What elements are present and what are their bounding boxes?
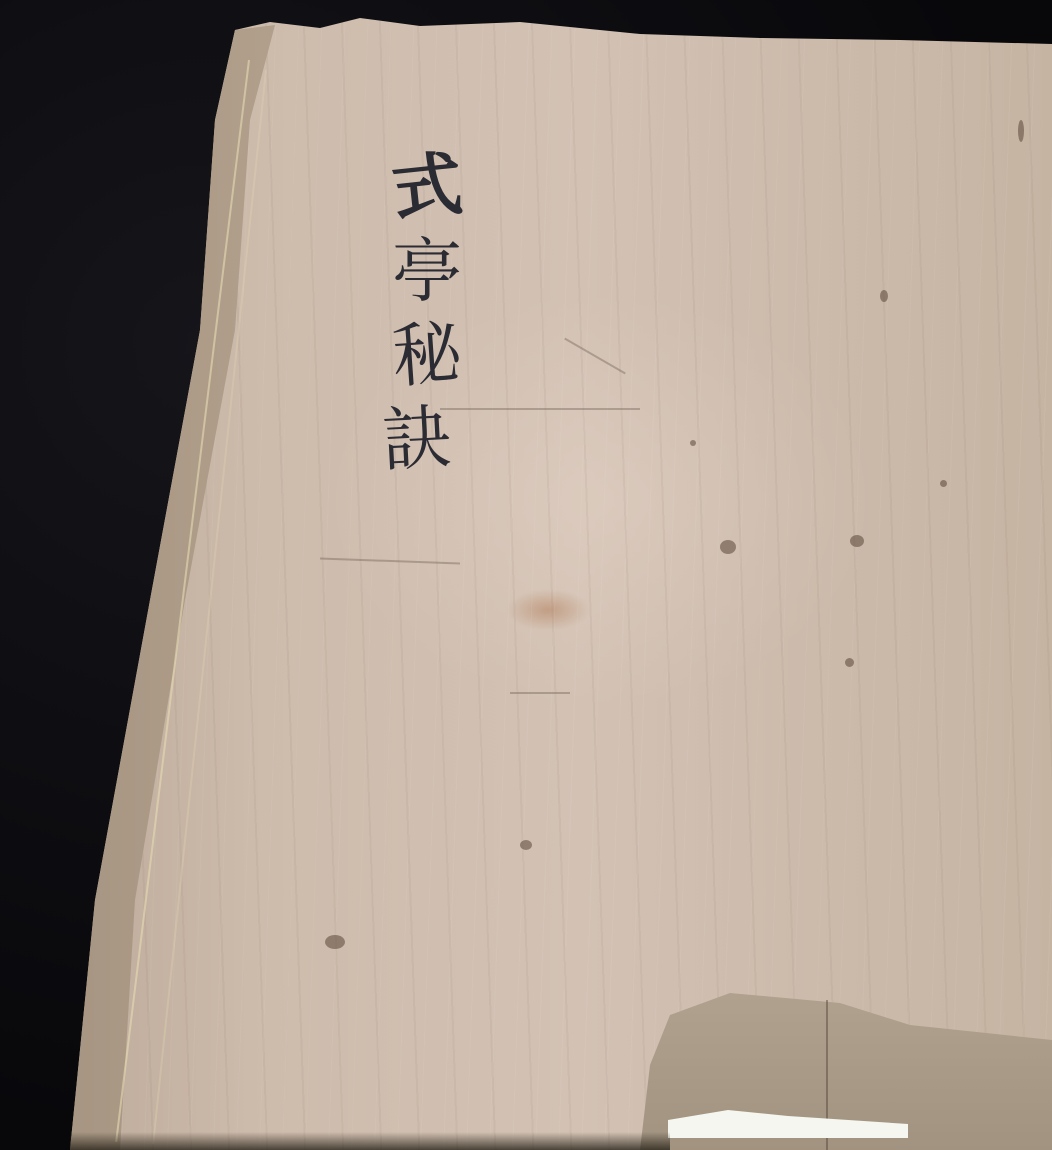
paper-speck: [1018, 120, 1024, 142]
paper-speck: [845, 658, 854, 667]
handwritten-title: 式 亭 秘 訣: [372, 150, 482, 476]
paper-crease: [510, 692, 570, 694]
title-char: 秘: [390, 316, 465, 395]
title-char: 訣: [380, 400, 454, 478]
paper-speck: [880, 290, 888, 302]
title-char: 式: [388, 147, 465, 228]
paper-speck: [520, 840, 532, 850]
paper-speck: [720, 540, 736, 554]
paper-speck: [325, 935, 345, 949]
paper-speck: [940, 480, 947, 487]
paper-speck: [690, 440, 696, 446]
bottom-edge-shadow: [70, 1132, 670, 1150]
paper-speck: [850, 535, 864, 547]
title-char: 亭: [392, 234, 462, 308]
